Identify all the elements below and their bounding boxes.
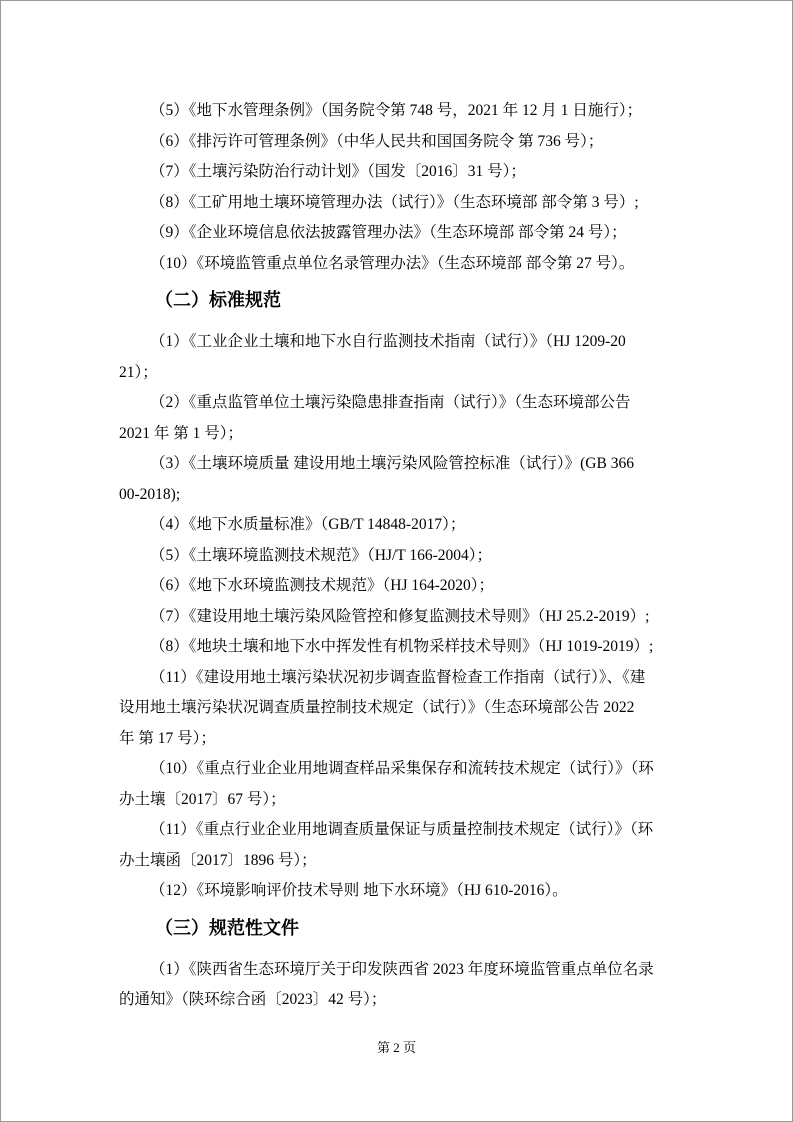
- section-heading: （三）规范性文件: [119, 913, 693, 943]
- list-item: （12）《环境影响评价技术导则 地下水环境》（HJ 610-2016）。: [119, 876, 693, 907]
- list-item: （7）《建设用地土壤污染风险管控和修复监测技术导则》（HJ 25.2-2019）…: [119, 602, 693, 633]
- list-item: （6）《排污许可管理条例》（中华人民共和国国务院令 第 736 号）；: [119, 127, 693, 158]
- list-item: （10）《环境监管重点单位名录管理办法》（生态环境部 部令第 27 号）。: [119, 249, 693, 280]
- list-item: （4）《地下水质量标准》（GB/T 14848-2017）；: [119, 510, 693, 541]
- page-number: 第 2 页: [377, 1040, 416, 1055]
- list-item: （11）《建设用地土壤污染状况初步调查监督检查工作指南（试行）》、《建 设用地土…: [119, 663, 693, 755]
- document-body: （5）《地下水管理条例》（国务院令第 748 号，2021 年 12 月 1 日…: [119, 96, 693, 1016]
- section-heading: （二）标准规范: [119, 285, 693, 315]
- list-item: （8）《工矿用地土壤环境管理办法（试行）》（生态环境部 部令第 3 号）;: [119, 188, 693, 219]
- page-footer: 第 2 页: [1, 1039, 792, 1057]
- list-item: （6）《地下水环境监测技术规范》（HJ 164-2020）；: [119, 571, 693, 602]
- list-item: （10）《重点行业企业用地调查样品采集保存和流转技术规定（试行）》（环 办土壤〔…: [119, 754, 693, 815]
- list-item: （9）《企业环境信息依法披露管理办法》（生态环境部 部令第 24 号）；: [119, 218, 693, 249]
- list-item: （2）《重点监管单位土壤污染隐患排查指南（试行）》（生态环境部公告 2021 年…: [119, 388, 693, 449]
- document-page: （5）《地下水管理条例》（国务院令第 748 号，2021 年 12 月 1 日…: [0, 0, 793, 1122]
- list-item: （1）《工业企业土壤和地下水自行监测技术指南（试行）》（HJ 1209-20 2…: [119, 327, 693, 388]
- list-item: （5）《土壤环境监测技术规范》（HJ/T 166-2004）；: [119, 541, 693, 572]
- list-item: （3）《土壤环境质量 建设用地土壤污染风险管控标准（试行）》(GB 366 00…: [119, 449, 693, 510]
- list-item: （8）《地块土壤和地下水中挥发性有机物采样技术导则》（HJ 1019-2019）…: [119, 632, 693, 663]
- list-item: （11）《重点行业企业用地调查质量保证与质量控制技术规定（试行）》（环 办土壤函…: [119, 815, 693, 876]
- list-item: （7）《土壤污染防治行动计划》（国发〔2016〕31 号）；: [119, 157, 693, 188]
- list-item: （1）《陕西省生态环境厅关于印发陕西省 2023 年度环境监管重点单位名录 的通…: [119, 955, 693, 1016]
- list-item: （5）《地下水管理条例》（国务院令第 748 号，2021 年 12 月 1 日…: [119, 96, 693, 127]
